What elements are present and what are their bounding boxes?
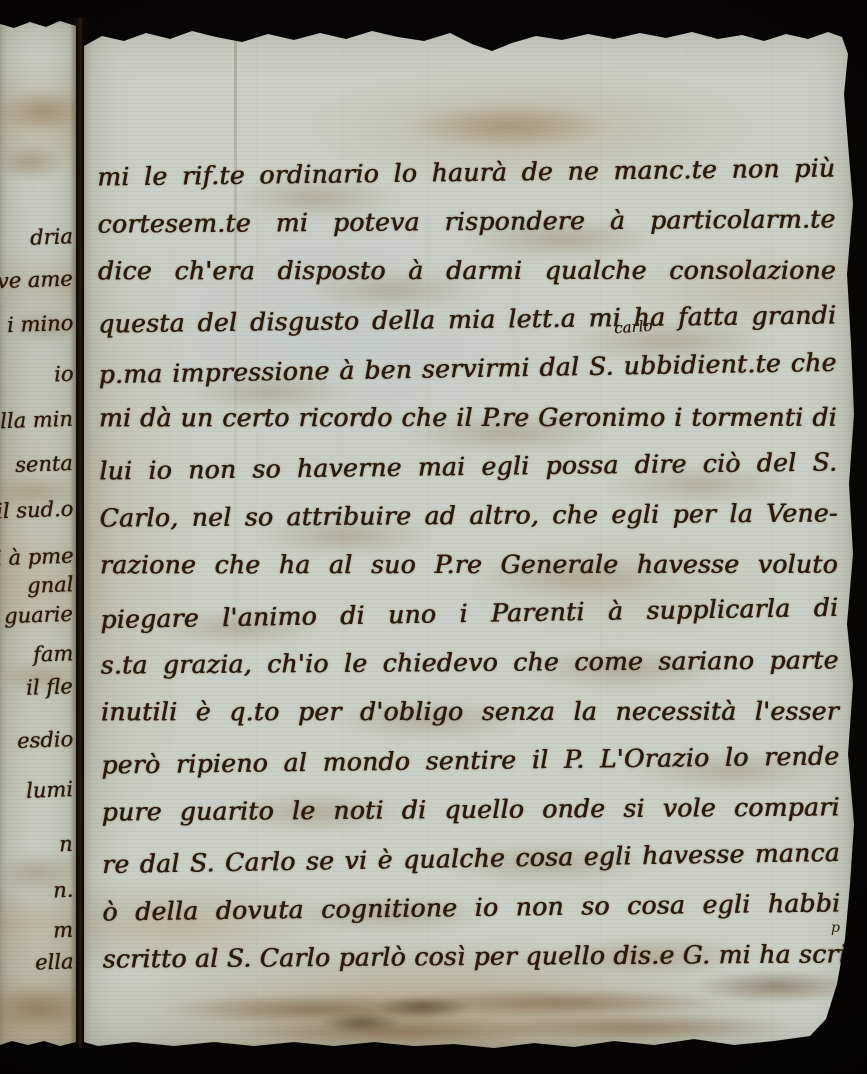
facing-page-fragment-text: dria bbox=[30, 224, 74, 249]
manuscript-line: s.ta grazia, ch'io le chiedevo che come … bbox=[101, 635, 839, 689]
margin-mark: p bbox=[831, 920, 840, 936]
manuscript-line: ò della dovuta cognitione io non so cosa… bbox=[102, 878, 841, 936]
facing-page-fragment-text: lla min bbox=[0, 407, 73, 434]
manuscript-line: però ripieno al mondo sentire il P. L'Or… bbox=[101, 731, 840, 789]
facing-page-fragment-text: lumi bbox=[26, 777, 74, 803]
facing-page-fragment-text: esdio bbox=[17, 727, 74, 753]
manuscript-line: lui io non so haverne mai egli possa dir… bbox=[99, 437, 838, 495]
facing-page-fragment-text: il sud.o bbox=[0, 497, 73, 524]
manuscript-line: inutili è q.to per d'obligo senza la nec… bbox=[101, 687, 839, 737]
facing-page-fragment-text: ive ame bbox=[0, 267, 73, 294]
manuscript-scan: driaive amei minoiolla minsentail sud.oi… bbox=[0, 0, 867, 1074]
manuscript-line: mi le rif.te ordinario lo haurà de ne ma… bbox=[97, 144, 836, 202]
manuscript-line: dice ch'era disposto à darmi qualche con… bbox=[98, 246, 836, 296]
facing-page-fragment-text: ella bbox=[34, 949, 73, 974]
facing-page-fragment-text: gnal bbox=[26, 572, 73, 598]
manuscript-line: cortesem.te mi poteva rispondere à parti… bbox=[97, 194, 835, 248]
facing-page-fragment-text: il fle bbox=[26, 674, 73, 700]
manuscript-line: razione che ha al suo P.re Generale have… bbox=[100, 540, 838, 590]
facing-page-fragment-text: fam bbox=[32, 641, 73, 666]
manuscript-line: Carlo, nel so attribuire ad altro, che e… bbox=[99, 488, 837, 542]
facing-page-strip: driaive amei minoiolla minsentail sud.oi… bbox=[0, 18, 76, 1048]
manuscript-page: mi le rif.te ordinario lo haurà de ne ma… bbox=[84, 24, 854, 1048]
facing-page-fragments: driaive amei minoiolla minsentail sud.oi… bbox=[0, 18, 76, 1048]
manuscript-line: piegare l'animo di uno i Parenti à suppl… bbox=[100, 583, 839, 644]
manuscript-text: mi le rif.te ordinario lo haurà de ne ma… bbox=[97, 145, 841, 983]
facing-page-fragment-text: senta bbox=[15, 451, 74, 477]
manuscript-line: mi dà un certo ricordo che il P.re Geron… bbox=[99, 393, 837, 443]
manuscript-line: pure guarito le noti di quello onde si v… bbox=[102, 782, 840, 836]
facing-page-fragment-text: guarie bbox=[4, 602, 73, 628]
interline-annotation: carlo bbox=[613, 317, 653, 338]
manuscript-line: scritto al S. Carlo parlò così per quell… bbox=[103, 929, 841, 983]
facing-page-fragment-text: i à pme bbox=[0, 544, 73, 571]
facing-page-fragment-text: i mino bbox=[6, 311, 73, 337]
